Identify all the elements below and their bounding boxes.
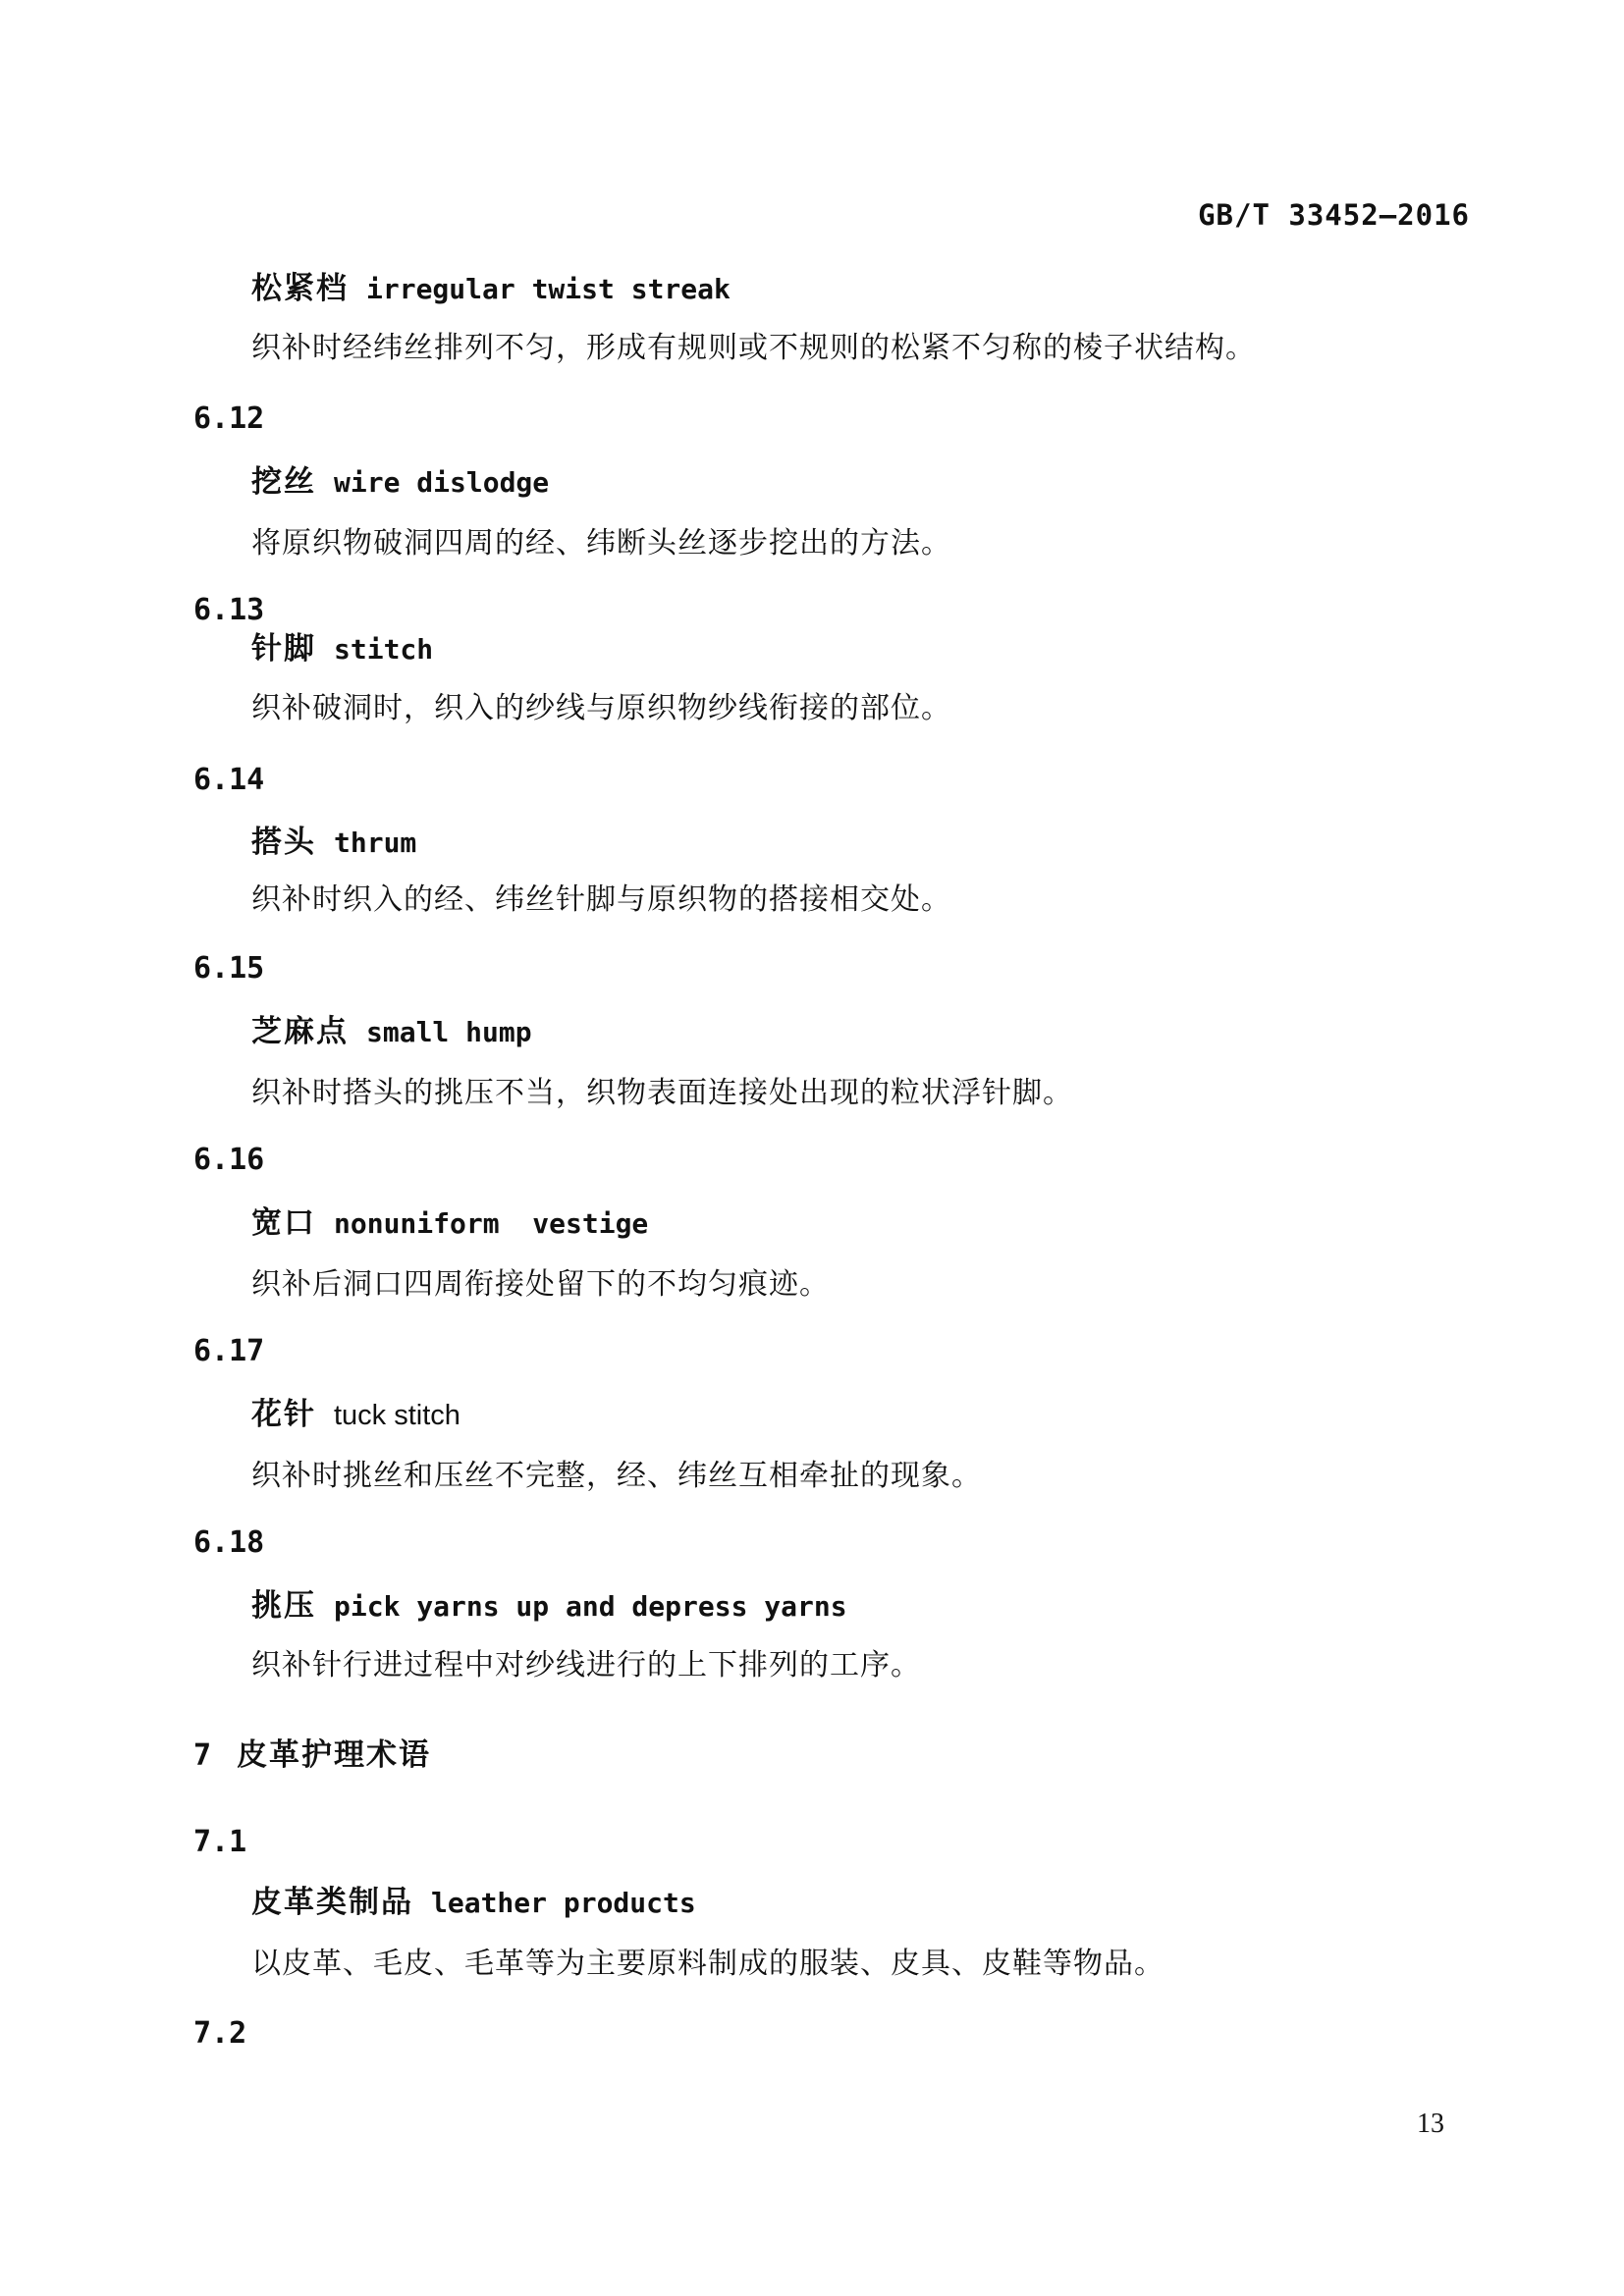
term-line: 挑压 pick yarns up and depress yarns bbox=[251, 1588, 847, 1624]
term-chinese: 宽口 bbox=[251, 1205, 316, 1241]
term-line: 芝麻点 small hump bbox=[251, 1014, 532, 1049]
definition-text: 织补针行进过程中对纱线进行的上下排列的工序。 bbox=[251, 1649, 921, 1683]
term-line: 挖丝 wire dislodge bbox=[251, 464, 549, 500]
term-english: stitch bbox=[334, 634, 433, 666]
definition-text: 织补时挑丝和压丝不完整，经、纬丝互相牵扯的现象。 bbox=[251, 1460, 982, 1494]
chapter-heading: 7 皮革护理术语 bbox=[193, 1737, 431, 1774]
definition-text: 织补时经纬丝排列不匀，形成有规则或不规则的松紧不匀称的棱子状结构。 bbox=[251, 332, 1256, 366]
standard-code-header: GB/T 33452—2016 bbox=[1198, 199, 1470, 232]
term-english: nonuniform vestige bbox=[334, 1208, 648, 1240]
term-english: tuck stitch bbox=[334, 1400, 460, 1432]
term-line: 宽口 nonuniform vestige bbox=[251, 1205, 648, 1241]
document-page: GB/T 33452—2016 松紧档 irregular twist stre… bbox=[0, 0, 1624, 2296]
section-number: 7.2 bbox=[193, 2017, 246, 2052]
term-line: 皮革类制品 leather products bbox=[251, 1885, 696, 1920]
term-english: wire dislodge bbox=[334, 467, 549, 499]
section-number: 6.15 bbox=[193, 952, 264, 987]
term-chinese: 针脚 bbox=[251, 631, 316, 667]
term-chinese: 花针 bbox=[251, 1397, 316, 1432]
term-english: small hump bbox=[366, 1017, 532, 1048]
term-line: 松紧档 irregular twist streak bbox=[251, 271, 731, 306]
definition-text: 织补破洞时，织入的纱线与原织物纱线衔接的部位。 bbox=[251, 692, 951, 726]
definition-text: 以皮革、毛皮、毛革等为主要原料制成的服装、皮具、皮鞋等物品。 bbox=[251, 1948, 1164, 1982]
term-chinese: 搭头 bbox=[251, 825, 316, 860]
section-number: 6.18 bbox=[193, 1526, 264, 1561]
term-line: 搭头 thrum bbox=[251, 825, 416, 860]
definition-text: 织补时织入的经、纬丝针脚与原织物的搭接相交处。 bbox=[251, 883, 951, 918]
section-number: 6.13 bbox=[193, 594, 264, 628]
term-chinese: 松紧档 bbox=[251, 271, 349, 306]
term-english: leather products bbox=[431, 1888, 696, 1919]
term-chinese: 皮革类制品 bbox=[251, 1885, 413, 1920]
term-line: 针脚 stitch bbox=[251, 631, 433, 667]
page-number: 13 bbox=[1417, 2109, 1444, 2140]
term-english: pick yarns up and depress yarns bbox=[334, 1591, 847, 1623]
term-english: thrum bbox=[334, 828, 416, 859]
term-line: 花针 tuck stitch bbox=[251, 1397, 460, 1432]
definition-text: 织补时搭头的挑压不当，织物表面连接处出现的粒状浮针脚。 bbox=[251, 1077, 1073, 1111]
definition-text: 将原织物破洞四周的经、纬断头丝逐步挖出的方法。 bbox=[251, 527, 951, 561]
term-chinese: 挑压 bbox=[251, 1588, 316, 1624]
chapter-title: 皮革护理术语 bbox=[237, 1737, 431, 1773]
definition-text: 织补后洞口四周衔接处留下的不均匀痕迹。 bbox=[251, 1268, 830, 1303]
section-number: 6.16 bbox=[193, 1144, 264, 1178]
section-number: 6.17 bbox=[193, 1335, 264, 1369]
section-number: 6.14 bbox=[193, 764, 264, 798]
term-chinese: 芝麻点 bbox=[251, 1014, 349, 1049]
section-number: 6.12 bbox=[193, 402, 264, 437]
term-chinese: 挖丝 bbox=[251, 464, 316, 500]
term-english: irregular twist streak bbox=[366, 274, 731, 305]
chapter-number: 7 bbox=[193, 1739, 211, 1774]
section-number: 7.1 bbox=[193, 1826, 246, 1860]
